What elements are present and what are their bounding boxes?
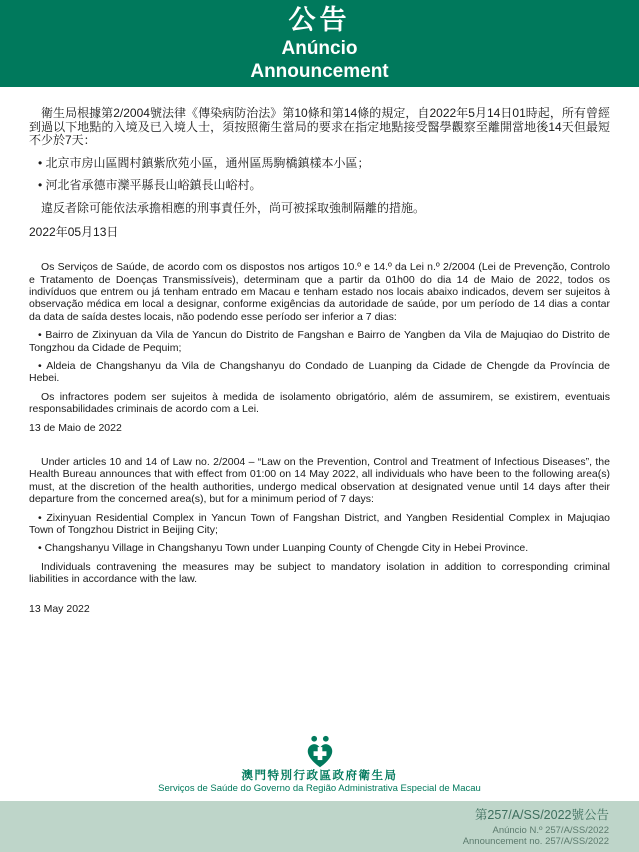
pt-intro-paragraph: Os Serviços de Saúde, de acordo com os d… [29, 261, 610, 323]
reference-number-pt: Anúncio N.º 257/A/SS/2022 [0, 825, 609, 836]
zh-date: 2022年05月13日 [29, 226, 610, 240]
zh-penalty-paragraph: 違反者除可能依法承擔相應的刑事責任外，尚可被採取強制隔離的措施。 [29, 202, 610, 216]
banner-title-pt: Anúncio [0, 37, 639, 60]
health-bureau-heart-cross-logo-icon [302, 735, 338, 769]
reference-number-zh: 第257/A/SS/2022號公告 [0, 808, 609, 822]
banner-title-zh: 公告 [0, 4, 639, 37]
section-english: Under articles 10 and 14 of Law no. 2/20… [29, 456, 610, 615]
reference-number-bar: 第257/A/SS/2022號公告 Anúncio N.º 257/A/SS/2… [0, 801, 639, 852]
pt-date: 13 de Maio de 2022 [29, 422, 610, 434]
header-banner: 公告 Anúncio Announcement [0, 0, 639, 87]
section-chinese: 衛生局根據第2/2004號法律《傳染病防治法》第10條和第14條的規定，自202… [29, 107, 610, 239]
en-penalty-paragraph: Individuals contravening the measures ma… [29, 561, 610, 586]
banner-title-en: Announcement [0, 60, 639, 83]
org-name-zh: 澳門特別行政區政府衛生局 [0, 770, 639, 783]
announcement-body: 衛生局根據第2/2004號法律《傳染病防治法》第10條和第14條的規定，自202… [0, 107, 639, 615]
announcement-page: 公告 Anúncio Announcement 衛生局根據第2/2004號法律《… [0, 0, 639, 852]
pt-location-bullet-2: Aldeia de Changshanyu da Vila de Changsh… [29, 360, 610, 385]
en-intro-paragraph: Under articles 10 and 14 of Law no. 2/20… [29, 456, 610, 506]
org-name-pt: Serviços de Saúde do Governo da Região A… [0, 783, 639, 795]
en-date: 13 May 2022 [29, 603, 610, 615]
zh-location-bullet-1: 北京市房山區閻村鎮紫欣苑小區，通州區馬駒橋鎮樣本小區； [29, 157, 610, 171]
zh-location-bullet-2: 河北省承德市灤平縣長山峪鎮長山峪村。 [29, 179, 610, 193]
zh-intro-paragraph: 衛生局根據第2/2004號法律《傳染病防治法》第10條和第14條的規定，自202… [29, 107, 610, 148]
en-location-bullet-2: Changshanyu Village in Changshanyu Town … [29, 542, 610, 554]
pt-location-bullet-1: Bairro de Zixinyuan da Vila de Yancun do… [29, 329, 610, 354]
reference-number-en: Announcement no. 257/A/SS/2022 [0, 836, 609, 847]
pt-penalty-paragraph: Os infractores podem ser sujeitos à medi… [29, 391, 610, 416]
footer-org-block: 澳門特別行政區政府衛生局 Serviços de Saúde do Govern… [0, 735, 639, 795]
section-portuguese: Os Serviços de Saúde, de acordo com os d… [29, 261, 610, 434]
en-location-bullet-1: Zixinyuan Residential Complex in Yancun … [29, 512, 610, 537]
